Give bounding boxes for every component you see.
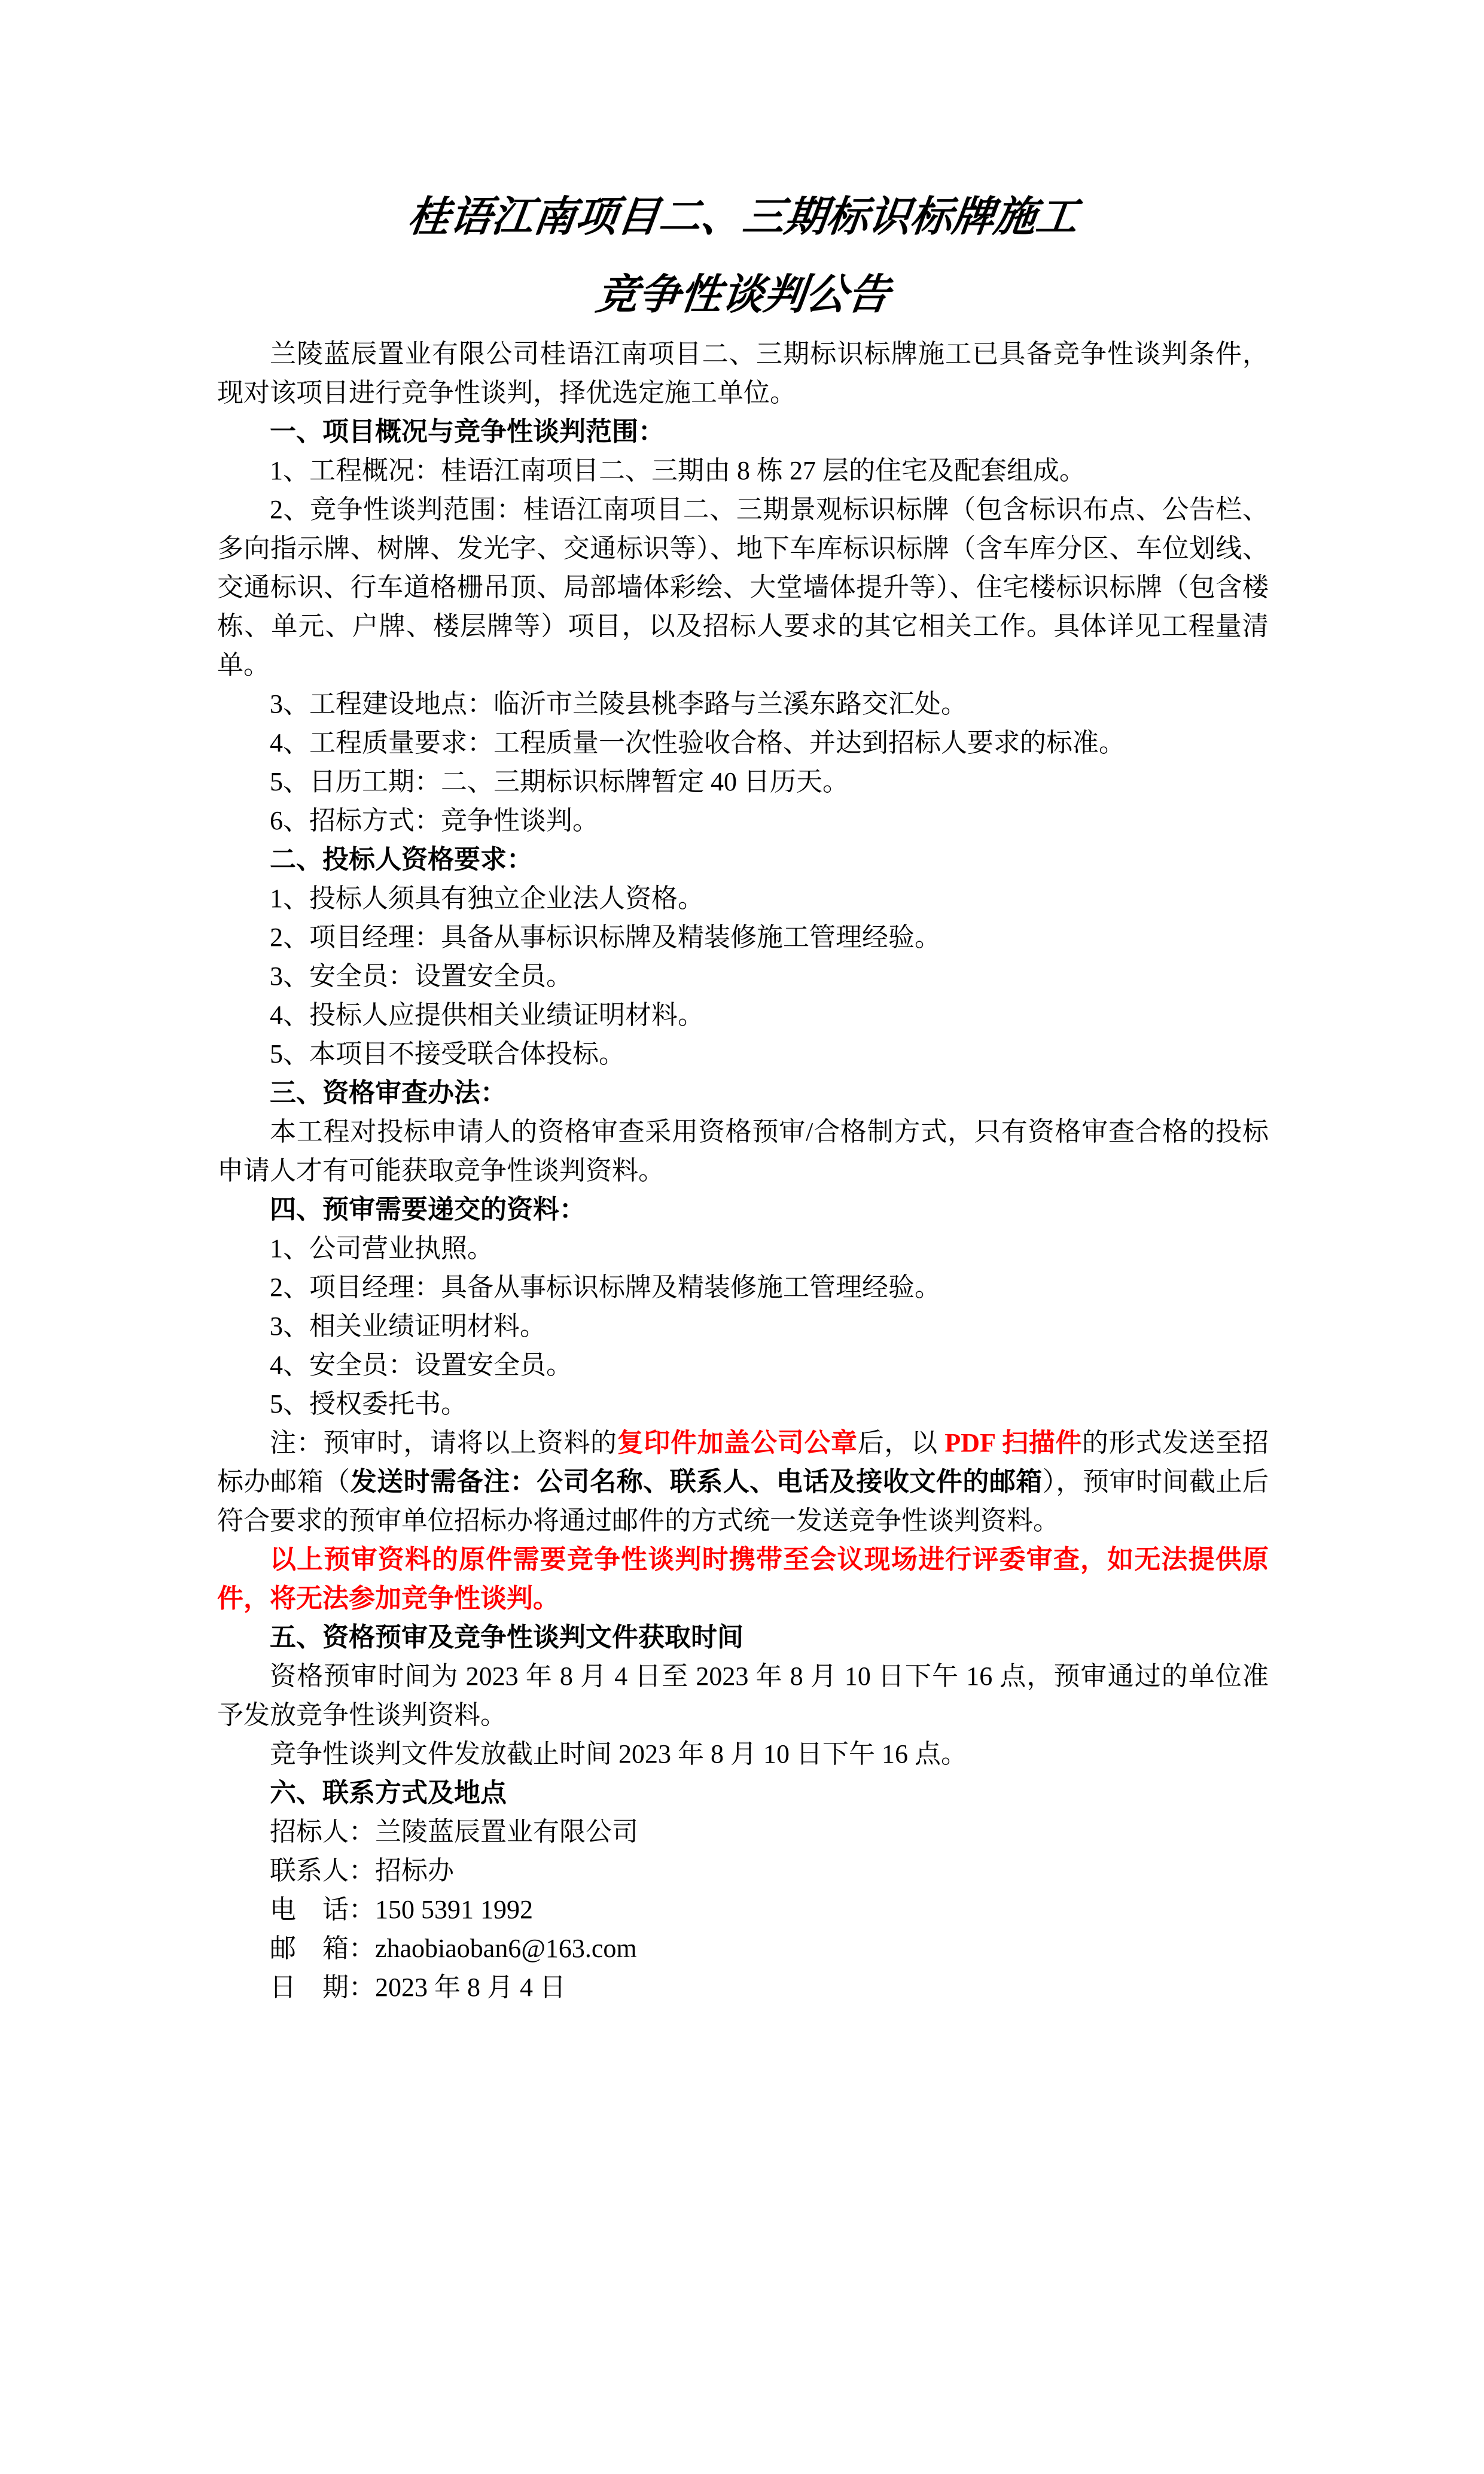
contact-tenderer-line: 招标人：兰陵蓝辰置业有限公司 — [217, 1812, 1269, 1851]
note-red-copy-seal: 复印件加盖公司公章 — [617, 1428, 858, 1457]
contact-date-line: 日 期：2023 年 8 月 4 日 — [217, 1968, 1269, 2007]
doc-title-text-2: 竞争性谈判公告 — [592, 257, 894, 334]
section4-item-3: 3、相关业绩证明材料。 — [217, 1307, 1269, 1346]
contact-person-line: 联系人：招标办 — [217, 1851, 1269, 1890]
section2-item-1: 1、投标人须具有独立企业法人资格。 — [217, 879, 1269, 918]
contact-email-line: 邮 箱：zhaobiaoban6@163.com — [217, 1929, 1269, 1968]
doc-title-line-1: 桂语江南项目二、三期标识标牌施工 — [217, 179, 1269, 257]
intro-paragraph: 兰陵蓝辰置业有限公司桂语江南项目二、三期标识标牌施工已具备竞争性谈判条件，现对该… — [217, 334, 1269, 412]
section4-item-4: 4、安全员：设置安全员。 — [217, 1346, 1269, 1384]
section1-item-6: 6、招标方式：竞争性谈判。 — [217, 801, 1269, 840]
section1-item-5: 5、日历工期：二、三期标识标牌暂定 40 日历天。 — [217, 762, 1269, 801]
section2-item-2: 2、项目经理：具备从事标识标牌及精装修施工管理经验。 — [217, 918, 1269, 957]
section5-body-2: 竞争性谈判文件发放截止时间 2023 年 8 月 10 日下午 16 点。 — [217, 1734, 1269, 1773]
section5-heading: 五、资格预审及竞争性谈判文件获取时间 — [217, 1618, 1269, 1657]
note-bold-remark: 发送时需备注：公司名称、联系人、电话及接收文件的邮箱 — [351, 1467, 1043, 1496]
section3-heading: 三、资格审查办法： — [217, 1073, 1269, 1112]
note-mid1-text: 后，以 — [858, 1428, 945, 1457]
section4-item-5: 5、授权委托书。 — [217, 1384, 1269, 1423]
doc-title-text-1: 桂语江南项目二、三期标识标牌施工 — [403, 179, 1083, 257]
section5-body-1: 资格预审时间为 2023 年 8 月 4 日至 2023 年 8 月 10 日下… — [217, 1657, 1269, 1734]
section4-heading: 四、预审需要递交的资料： — [217, 1190, 1269, 1229]
section1-item-3: 3、工程建设地点：临沂市兰陵县桃李路与兰溪东路交汇处。 — [217, 684, 1269, 723]
section4-item-2: 2、项目经理：具备从事标识标牌及精装修施工管理经验。 — [217, 1268, 1269, 1307]
section1-item-1: 1、工程概况：桂语江南项目二、三期由 8 栋 27 层的住宅及配套组成。 — [217, 451, 1269, 490]
section3-body: 本工程对投标申请人的资格审查采用资格预审/合格制方式，只有资格审查合格的投标申请… — [217, 1112, 1269, 1190]
note-pre-text: 注：预审时，请将以上资料的 — [270, 1428, 617, 1457]
section4-note-paragraph: 注：预审时，请将以上资料的复印件加盖公司公章后，以 PDF 扫描件的形式发送至招… — [217, 1423, 1269, 1540]
section2-item-3: 3、安全员：设置安全员。 — [217, 957, 1269, 996]
section2-item-4: 4、投标人应提供相关业绩证明材料。 — [217, 996, 1269, 1034]
section4-warning-paragraph: 以上预审资料的原件需要竞争性谈判时携带至会议现场进行评委审查，如无法提供原件，将… — [217, 1540, 1269, 1618]
doc-title-line-2: 竞争性谈判公告 — [217, 257, 1269, 334]
note-red-pdf-scan: PDF 扫描件 — [944, 1428, 1082, 1457]
document-page: 桂语江南项目二、三期标识标牌施工 竞争性谈判公告 兰陵蓝辰置业有限公司桂语江南项… — [0, 0, 1484, 2474]
section1-heading: 一、项目概况与竞争性谈判范围： — [217, 412, 1269, 451]
section2-item-5: 5、本项目不接受联合体投标。 — [217, 1034, 1269, 1073]
section6-heading: 六、联系方式及地点 — [217, 1773, 1269, 1812]
section2-heading: 二、投标人资格要求： — [217, 840, 1269, 879]
contact-phone-line: 电 话：150 5391 1992 — [217, 1890, 1269, 1929]
section1-item-4: 4、工程质量要求：工程质量一次性验收合格、并达到招标人要求的标准。 — [217, 723, 1269, 762]
section1-item-2: 2、竞争性谈判范围：桂语江南项目二、三期景观标识标牌（包含标识布点、公告栏、多向… — [217, 490, 1269, 684]
section4-item-1: 1、公司营业执照。 — [217, 1229, 1269, 1268]
document-body: 兰陵蓝辰置业有限公司桂语江南项目二、三期标识标牌施工已具备竞争性谈判条件，现对该… — [217, 334, 1269, 2007]
